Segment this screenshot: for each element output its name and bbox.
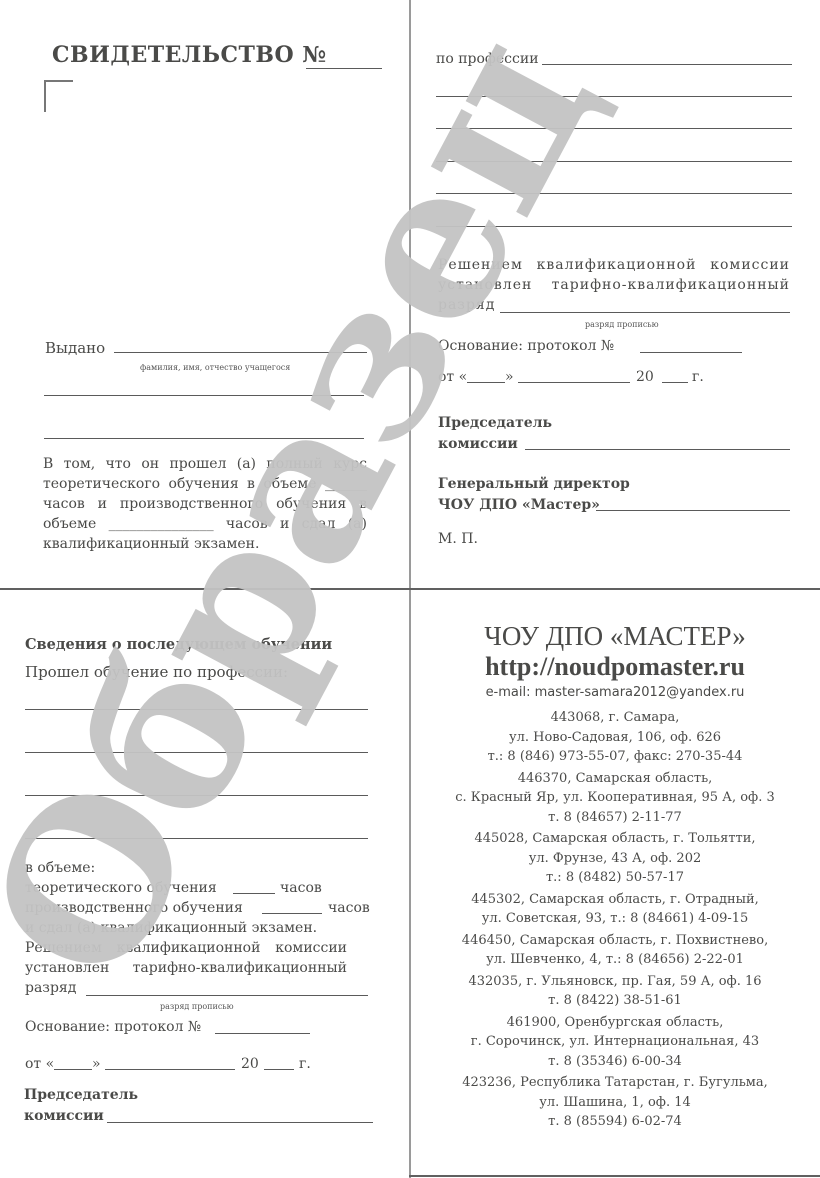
branch-address-line: ул. Шашина, 1, оф. 14 [410, 1093, 820, 1113]
exam-line: и сдал (а) квалификационный экзамен. [25, 918, 317, 938]
director-signature-field[interactable] [596, 510, 790, 511]
bottom-border [409, 1175, 820, 1177]
branch-address-line: 461900, Оренбургская область, [410, 1013, 820, 1033]
further-decision-line-1: Решением квалификационной комиссии [25, 938, 347, 958]
profession-field-5[interactable] [436, 193, 792, 194]
branch-address: 446370, Самарская область,с. Красный Яр,… [410, 769, 820, 828]
stamp-label: М. П. [438, 530, 478, 548]
date-suffix: г. [692, 368, 704, 386]
further-date-mid: » [92, 1055, 101, 1073]
further-profession-field-3[interactable] [25, 795, 368, 796]
rank-field[interactable] [500, 312, 790, 313]
chairman-signature-field[interactable] [525, 449, 790, 450]
director-line-2: ЧОУ ДПО «Мастер» [438, 496, 600, 514]
corner-mark [44, 80, 73, 112]
further-rank-hint: разряд прописью [160, 998, 234, 1016]
branch-address: 443068, г. Самара,ул. Ново-Садовая, 106,… [410, 708, 820, 767]
email-link[interactable]: e-mail: master-samara2012@yandex.ru [410, 682, 820, 704]
theory-suffix: часов [280, 878, 322, 898]
branch-address-line: т. 8 (85594) 6-02-74 [410, 1112, 820, 1132]
date-year-field[interactable] [662, 382, 688, 383]
branch-address-line: 445302, Самарская область, г. Отрадный, [410, 890, 820, 910]
branch-address-line: 443068, г. Самара, [410, 708, 820, 728]
branch-address: 445028, Самарская область, г. Тольятти,у… [410, 829, 820, 888]
chairman-line-1: Председатель [438, 414, 552, 432]
certificate-title: СВИДЕТЕЛЬСТВО № [52, 46, 327, 64]
decision-line-2: установлен тарифно-квалификационный [438, 275, 790, 295]
panel-contacts: ЧОУ ДПО «МАСТЕР» http://noudpomaster.ru … [410, 620, 820, 1134]
further-heading: Сведения о последующем обучении [25, 636, 332, 654]
date-prefix: от « [438, 368, 467, 386]
branch-address-line: ул. Ново-Садовая, 106, оф. 626 [410, 728, 820, 748]
branch-address-line: т. 8 (35346) 6-00-34 [410, 1052, 820, 1072]
profession-field-2[interactable] [436, 96, 792, 97]
director-line-1: Генеральный директор [438, 475, 630, 493]
branch-address-line: 423236, Республика Татарстан, г. Бугульм… [410, 1073, 820, 1093]
branch-address-line: т.: 8 (846) 973-55-07, факс: 270-35-44 [410, 747, 820, 767]
further-decision-line-2: установлен тарифно-квалификационный [25, 958, 347, 978]
branch-address-line: с. Красный Яр, ул. Кооперативная, 95 А, … [410, 788, 820, 808]
further-chairman-line-2: комиссии [24, 1107, 104, 1125]
further-protocol-field[interactable] [215, 1033, 310, 1034]
further-profession-field-2[interactable] [25, 752, 368, 753]
further-date-day-field[interactable] [54, 1069, 92, 1070]
certificate-number-field[interactable] [306, 68, 382, 69]
branch-address: 432035, г. Ульяновск, пр. Гая, 59 А, оф.… [410, 972, 820, 1011]
branch-address: 461900, Оренбургская область,г. Сорочинс… [410, 1013, 820, 1072]
further-date-prefix: от « [25, 1055, 54, 1073]
profession-label: по профессии [436, 50, 539, 68]
profession-field-4[interactable] [436, 161, 792, 162]
branch-address-line: 446450, Самарская область, г. Похвистнев… [410, 931, 820, 951]
issued-hint: фамилия, имя, отчество учащегося [140, 359, 290, 377]
branch-address-line: г. Сорочинск, ул. Интернациональная, 43 [410, 1032, 820, 1052]
further-date-suffix: г. [299, 1055, 311, 1073]
branch-address-line: 432035, г. Ульяновск, пр. Гая, 59 А, оф.… [410, 972, 820, 992]
further-date-month-field[interactable] [105, 1069, 235, 1070]
branch-address-line: ул. Шевченко, 4, т.: 8 (84656) 2-22-01 [410, 950, 820, 970]
cover-body-line-5: квалификационный экзамен. [43, 534, 259, 554]
branch-address: 423236, Республика Татарстан, г. Бугульм… [410, 1073, 820, 1132]
branch-address: 445302, Самарская область, г. Отрадный,у… [410, 890, 820, 929]
branch-address-line: т. 8 (84657) 2-11-77 [410, 808, 820, 828]
branch-list: 443068, г. Самара,ул. Ново-Садовая, 106,… [410, 708, 820, 1132]
chairman-line-2: комиссии [438, 435, 518, 453]
further-rank-label: разряд [25, 978, 76, 998]
branch-address-line: т.: 8 (8482) 50-57-17 [410, 868, 820, 888]
further-basis-label: Основание: протокол № [25, 1018, 201, 1036]
branch-address-line: т. 8 (8422) 38-51-61 [410, 991, 820, 1011]
further-date-year-prefix: 20 [241, 1055, 259, 1073]
date-month-field[interactable] [518, 382, 630, 383]
further-date-year-field[interactable] [264, 1069, 294, 1070]
cover-body-line-1: В том, что он прошел (а) полный курс [43, 454, 367, 474]
decision-line-3: разряд [438, 295, 495, 315]
branch-address: 446450, Самарская область, г. Похвистнев… [410, 931, 820, 970]
branch-address-line: 446370, Самарская область, [410, 769, 820, 789]
theory-label: теоретического обучения [25, 878, 217, 898]
further-profession-field-4[interactable] [25, 838, 368, 839]
issued-label: Выдано [45, 339, 105, 357]
website-link[interactable]: http://noudpomaster.ru [410, 652, 820, 682]
cover-body-line-2: теоретического обучения в объеме ______ [43, 474, 367, 494]
basis-label: Основание: протокол № [438, 337, 614, 355]
branch-address-line: ул. Советская, 93, т.: 8 (84661) 4-09-15 [410, 909, 820, 929]
further-chairman-line-1: Председатель [24, 1086, 138, 1104]
further-profession-field-1[interactable] [25, 709, 368, 710]
issued-name-field-2[interactable] [44, 395, 364, 396]
branch-address-line: ул. Фрунзе, 43 А, оф. 202 [410, 849, 820, 869]
further-chairman-signature-field[interactable] [107, 1122, 373, 1123]
practice-hours-field[interactable] [262, 913, 322, 914]
practice-label: производственного обучения [25, 898, 243, 918]
protocol-number-field[interactable] [640, 352, 742, 353]
passed-label: Прошел обучение по профессии: [25, 663, 288, 681]
issued-name-field-3[interactable] [44, 438, 364, 439]
further-rank-field[interactable] [86, 995, 368, 996]
fold-line-horizontal [0, 588, 820, 590]
profession-field-3[interactable] [436, 128, 792, 129]
date-mid: » [505, 368, 514, 386]
cover-body-line-4: объеме _______________ часов и сдал (а) [43, 514, 367, 534]
date-year-prefix: 20 [636, 368, 654, 386]
cover-body-line-3: часов и производственного обучения в [43, 494, 367, 514]
rank-hint: разряд прописью [585, 316, 659, 334]
theory-hours-field[interactable] [233, 893, 275, 894]
profession-field-6[interactable] [436, 226, 792, 227]
organization-name: ЧОУ ДПО «МАСТЕР» [410, 620, 820, 652]
profession-field[interactable] [542, 64, 792, 65]
volume-label: в объеме: [25, 858, 95, 878]
date-day-field[interactable] [467, 382, 505, 383]
practice-suffix: часов [328, 898, 370, 918]
branch-address-line: 445028, Самарская область, г. Тольятти, [410, 829, 820, 849]
decision-line-1: Решением квалификационной комиссии [438, 255, 790, 275]
issued-name-field[interactable] [114, 352, 367, 353]
